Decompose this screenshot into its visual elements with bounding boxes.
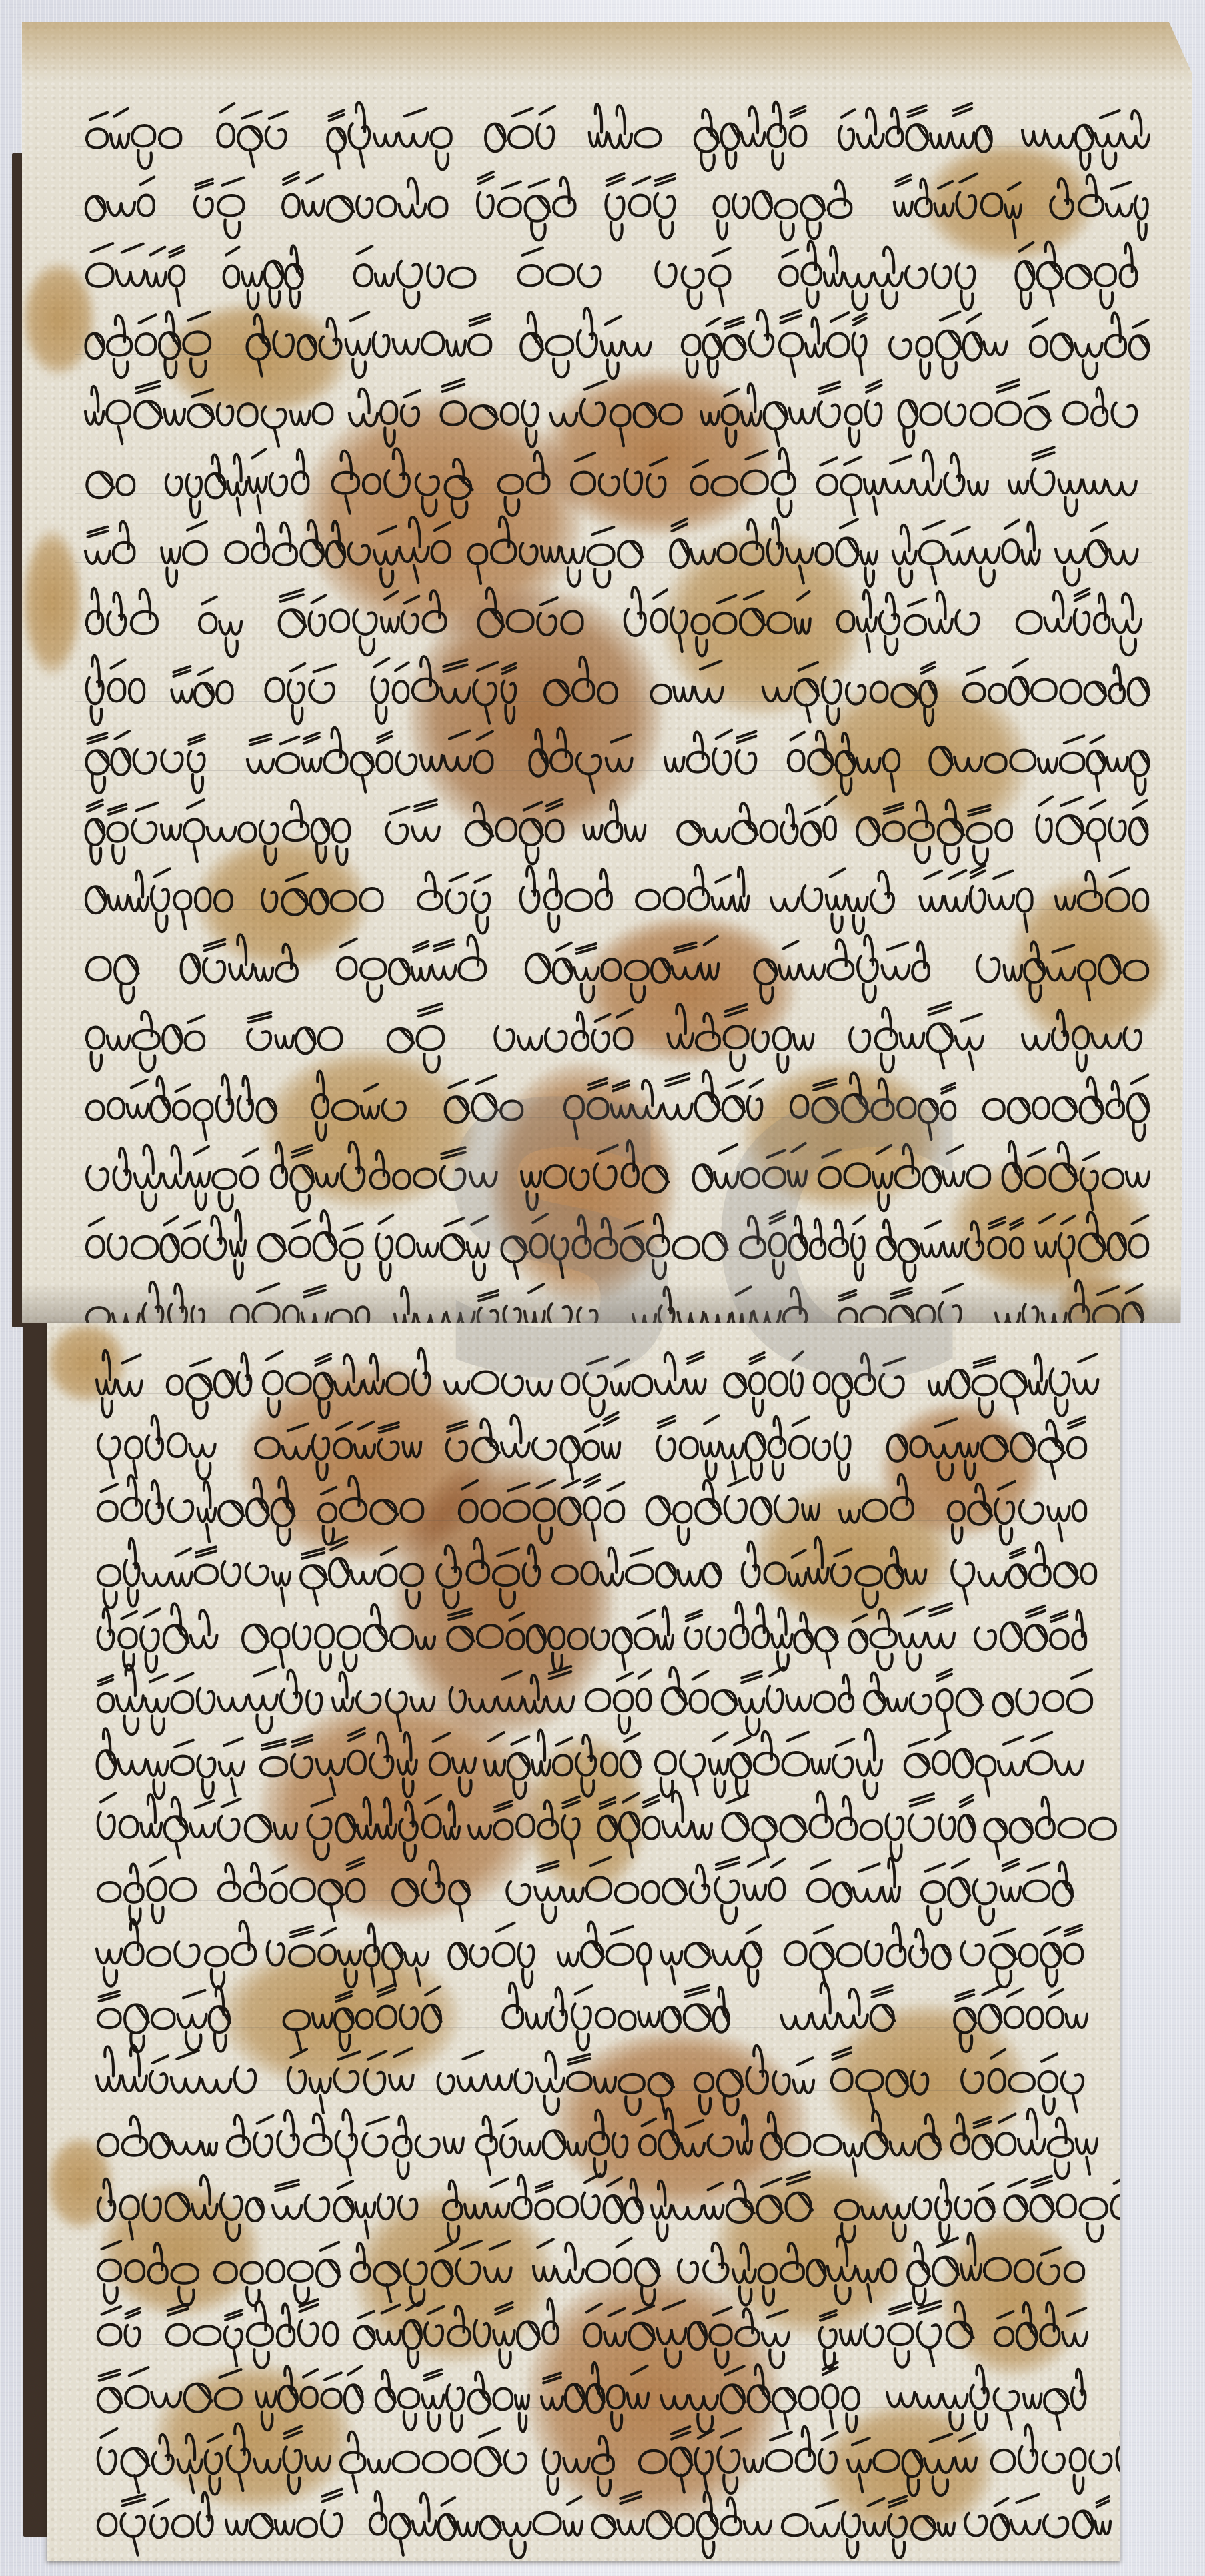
manuscript-page-upper (22, 22, 1192, 1323)
manuscript-text-line (47, 2046, 1120, 2120)
handwritten-script (47, 1413, 1120, 1486)
handwritten-script (47, 1983, 1120, 2056)
handwritten-script (47, 2300, 1120, 2373)
handwritten-script (47, 1856, 1120, 1930)
manuscript-text-line (47, 2300, 1120, 2373)
handwritten-script (47, 2110, 1120, 2183)
handwritten-script (47, 1666, 1120, 1740)
handwritten-script (22, 310, 1192, 384)
manuscript-text-line (22, 380, 1192, 453)
handwritten-script (22, 726, 1192, 800)
handwritten-script (22, 380, 1192, 453)
manuscript-text-line (47, 2110, 1120, 2183)
manuscript-text-line (22, 171, 1192, 245)
manuscript-text-line (22, 449, 1192, 522)
handwritten-script (22, 241, 1192, 314)
manuscript-text-line (22, 1004, 1192, 1077)
handwritten-script (22, 102, 1192, 175)
manuscript-text-line (47, 1730, 1120, 1803)
manuscript-text-line (47, 1349, 1120, 1423)
manuscript-text-line (22, 657, 1192, 730)
handwritten-script (22, 657, 1192, 730)
manuscript-text-line (47, 1413, 1120, 1486)
page-edge-shadow (23, 1323, 50, 2537)
manuscript-text-line (22, 310, 1192, 384)
handwritten-script (47, 1476, 1120, 1549)
handwritten-script (47, 2490, 1120, 2561)
manuscript-text-line (22, 865, 1192, 938)
manuscript-text-line (47, 2490, 1120, 2561)
manuscript-text-line (22, 102, 1192, 175)
manuscript-text-line (47, 1983, 1120, 2056)
manuscript-text-line (47, 1920, 1120, 1993)
manuscript-text-line (22, 588, 1192, 661)
manuscript-text-line (22, 726, 1192, 800)
handwritten-script (47, 1349, 1120, 1423)
handwritten-script (22, 588, 1192, 661)
handwritten-script (22, 1004, 1192, 1077)
manuscript-text-line (22, 934, 1192, 1008)
manuscript-text-line (22, 796, 1192, 869)
handwritten-script (22, 449, 1192, 522)
handwritten-script (47, 1539, 1120, 1613)
handwritten-script (47, 2427, 1120, 2500)
manuscript-text-line (47, 1856, 1120, 1930)
manuscript-text-line (22, 1143, 1192, 1216)
manuscript-text-line (47, 1603, 1120, 1676)
handwritten-script (47, 1603, 1120, 1676)
manuscript-text-line (47, 1476, 1120, 1549)
manuscript-text-line (47, 2363, 1120, 2437)
manuscript-page-lower (47, 1323, 1120, 2561)
handwritten-script (22, 1143, 1192, 1216)
manuscript-text-line (47, 2427, 1120, 2500)
fold-shadow (22, 1283, 1192, 1323)
handwritten-script (22, 1212, 1192, 1285)
manuscript-text-line (47, 1793, 1120, 1866)
handwritten-script (47, 2363, 1120, 2437)
handwritten-script (22, 1073, 1192, 1147)
manuscript-text-line (47, 1666, 1120, 1740)
aged-edge-tint (22, 22, 1192, 82)
handwritten-script (22, 934, 1192, 1008)
manuscript-text-line (22, 1212, 1192, 1285)
handwritten-script (22, 865, 1192, 938)
handwritten-script (22, 796, 1192, 869)
manuscript-text-line (47, 1539, 1120, 1613)
handwritten-script (47, 1793, 1120, 1866)
manuscript-text-line (22, 518, 1192, 592)
handwritten-script (47, 2046, 1120, 2120)
handwritten-script (22, 518, 1192, 592)
handwritten-script (22, 171, 1192, 245)
manuscript-text-line (47, 2236, 1120, 2310)
manuscript-text-line (22, 241, 1192, 314)
handwritten-script (47, 1730, 1120, 1803)
manuscript-text-line (22, 1073, 1192, 1147)
handwritten-script (47, 1920, 1120, 1993)
manuscript-text-line (47, 2173, 1120, 2246)
handwritten-script (47, 2173, 1120, 2246)
handwritten-script (47, 2236, 1120, 2310)
